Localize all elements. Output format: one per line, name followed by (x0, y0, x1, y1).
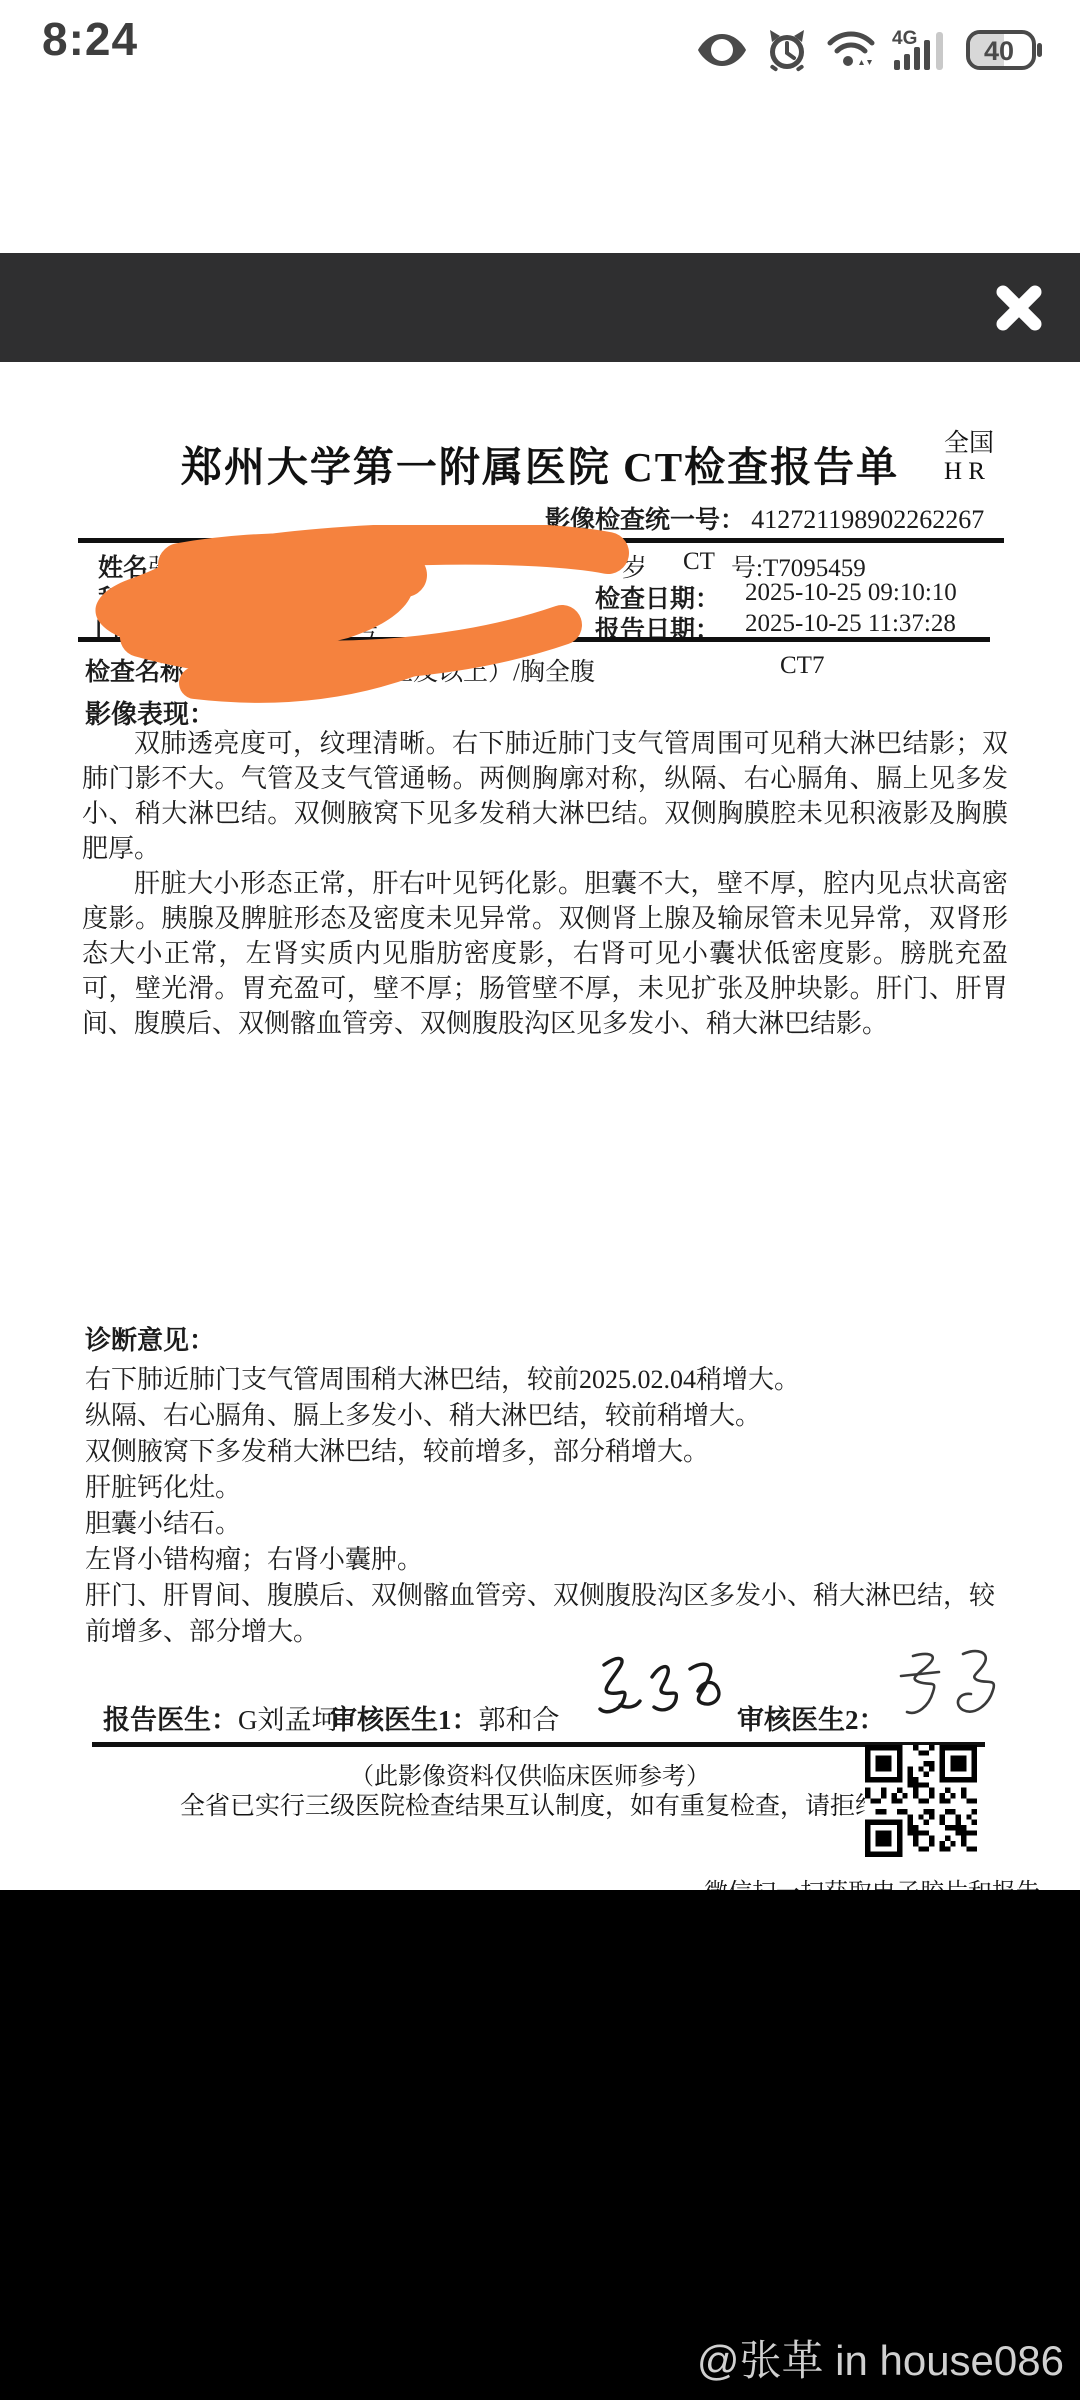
signature-reviewer1 (590, 1647, 730, 1732)
corner-mark: 全国 H R (944, 430, 994, 486)
reviewer1-label: 审核医生1： (330, 1705, 479, 1735)
qr-code (865, 1745, 977, 1857)
phone-screen: 8:24 (0, 0, 1080, 2400)
exam-code: CT7 (780, 652, 824, 680)
reviewer1-name: 郭和合 (479, 1698, 560, 1737)
cellular-4g-signal-icon: 4G (892, 28, 950, 72)
diagnosis-list: 右下肺近肺门支气管周围稍大淋巴结，较前2025.02.04稍增大。纵隔、右心膈角… (85, 1362, 1011, 1650)
modality-text: CT (683, 548, 715, 576)
diagnosis-item: 纵隔、右心膈角、膈上多发小、稍大淋巴结，较前稍增大。 (85, 1398, 1011, 1434)
image-viewer-toolbar (0, 253, 1080, 362)
patient-name-label: 姓名 (98, 555, 148, 582)
nav-bar: 关闭 检查报告 (0, 112, 1080, 248)
diagnosis-label: 诊断意见： (85, 1320, 215, 1357)
watermark-text: @张革 in house086 (697, 2328, 1064, 2388)
report-doctor: 报告医生：G刘孟坷 (103, 1698, 238, 1737)
close-viewer-icon[interactable] (994, 283, 1044, 333)
reviewer2-label: 审核医生2： (737, 1705, 886, 1735)
patient-row-1: 姓名 张 岁 CT 号:T7095459 (98, 548, 148, 578)
divider-rule-bottom (92, 1742, 985, 1747)
corner-line1: 全国 (944, 430, 994, 458)
corner-line2: H R (944, 458, 994, 486)
status-icons: 4G 40 (696, 24, 1042, 76)
department-label-fragment: 科 (98, 586, 123, 613)
divider-rule-top (78, 538, 1004, 543)
unified-exam-number: 影像检查统一号： 412721198902262267 (545, 500, 984, 536)
unified-exam-number-label: 影像检查统一号： (545, 507, 745, 534)
ct-report-document: 郑州大学第一附属医院 CT检查报告单 全国 H R 影像检查统一号： 41272… (0, 362, 1080, 1890)
exam-name-label: 检查名称： (85, 659, 210, 686)
diagnosis-item: 左肾小错构瘤；右肾小囊肿。 (85, 1542, 1011, 1578)
qr-caption: 微信扫一扫获取电子胶片和报告 (704, 1872, 1040, 1890)
findings-text: 双肺透亮度可，纹理清晰。右下肺近肺门支气管周围可见稍大淋巴结影；双肺门影不大。气… (82, 726, 1008, 1041)
exam-name-visible-text: （三部位及以上）/胸全腹 (313, 652, 595, 688)
status-bar: 8:24 (0, 0, 1080, 112)
diagnosis-item: 右下肺近肺门支气管周围稍大淋巴结，较前2025.02.04稍增大。 (85, 1362, 1011, 1398)
exam-date-value: 2025-10-25 09:10:10 (745, 579, 957, 607)
diagnosis-item: 双侧腋窝下多发稍大淋巴结，较前增多，部分稍增大。 (85, 1434, 1011, 1470)
reviewer1: 审核医生1：郭和合 (330, 1698, 479, 1737)
report-date-value: 2025-10-25 11:37:28 (745, 610, 956, 638)
patient-name-fragment: 张 (148, 548, 173, 584)
hospital-report-title: 郑州大学第一附属医院 CT检查报告单 (0, 434, 1080, 493)
report-doctor-label: 报告医生： (103, 1705, 238, 1735)
findings-paragraph: 双肺透亮度可，纹理清晰。右下肺近肺门支气管周围可见稍大淋巴结影；双肺门影不大。气… (82, 726, 1008, 866)
signature-reviewer2 (893, 1642, 1013, 1739)
patient-row-2: 科 检查日期： 2025-10-25 09:10:10 (98, 579, 123, 609)
diagnosis-item: 肝脏钙化灶。 (85, 1470, 1011, 1506)
report-doctor-name: G刘孟坷 (238, 1698, 339, 1737)
reviewer2: 审核医生2： (737, 1698, 886, 1737)
alarm-clock-icon (764, 28, 810, 72)
unified-exam-number-value: 412721198902262267 (751, 505, 984, 534)
diagnosis-item: 胆囊小结石。 (85, 1506, 1011, 1542)
exam-name-row: 检查名称： （三部位及以上）/胸全腹 CT7 (85, 652, 210, 682)
letterbox-black-area: @张革 in house086 (0, 1890, 1080, 2400)
battery-icon: 40 (966, 29, 1042, 71)
wifi-icon (826, 29, 876, 71)
eye-protection-icon (696, 30, 748, 70)
findings-paragraph: 肝脏大小形态正常，肝右叶见钙化影。胆囊不大，壁不厚，腔内见点状高密度影。胰腺及脾… (82, 866, 1008, 1041)
clock-time: 8:24 (42, 12, 138, 66)
divider-rule-patient (78, 637, 990, 642)
svg-text:4G: 4G (892, 28, 917, 49)
diagnosis-item: 肝门、肝胃间、腹膜后、双侧髂血管旁、双侧腹股沟区多发小、稍大淋巴结，较前增多、部… (85, 1578, 1011, 1650)
patient-row-3: 门 号 报告日期： 2025-10-25 11:37:28 (95, 610, 120, 640)
battery-percent-text: 40 (984, 36, 1014, 66)
